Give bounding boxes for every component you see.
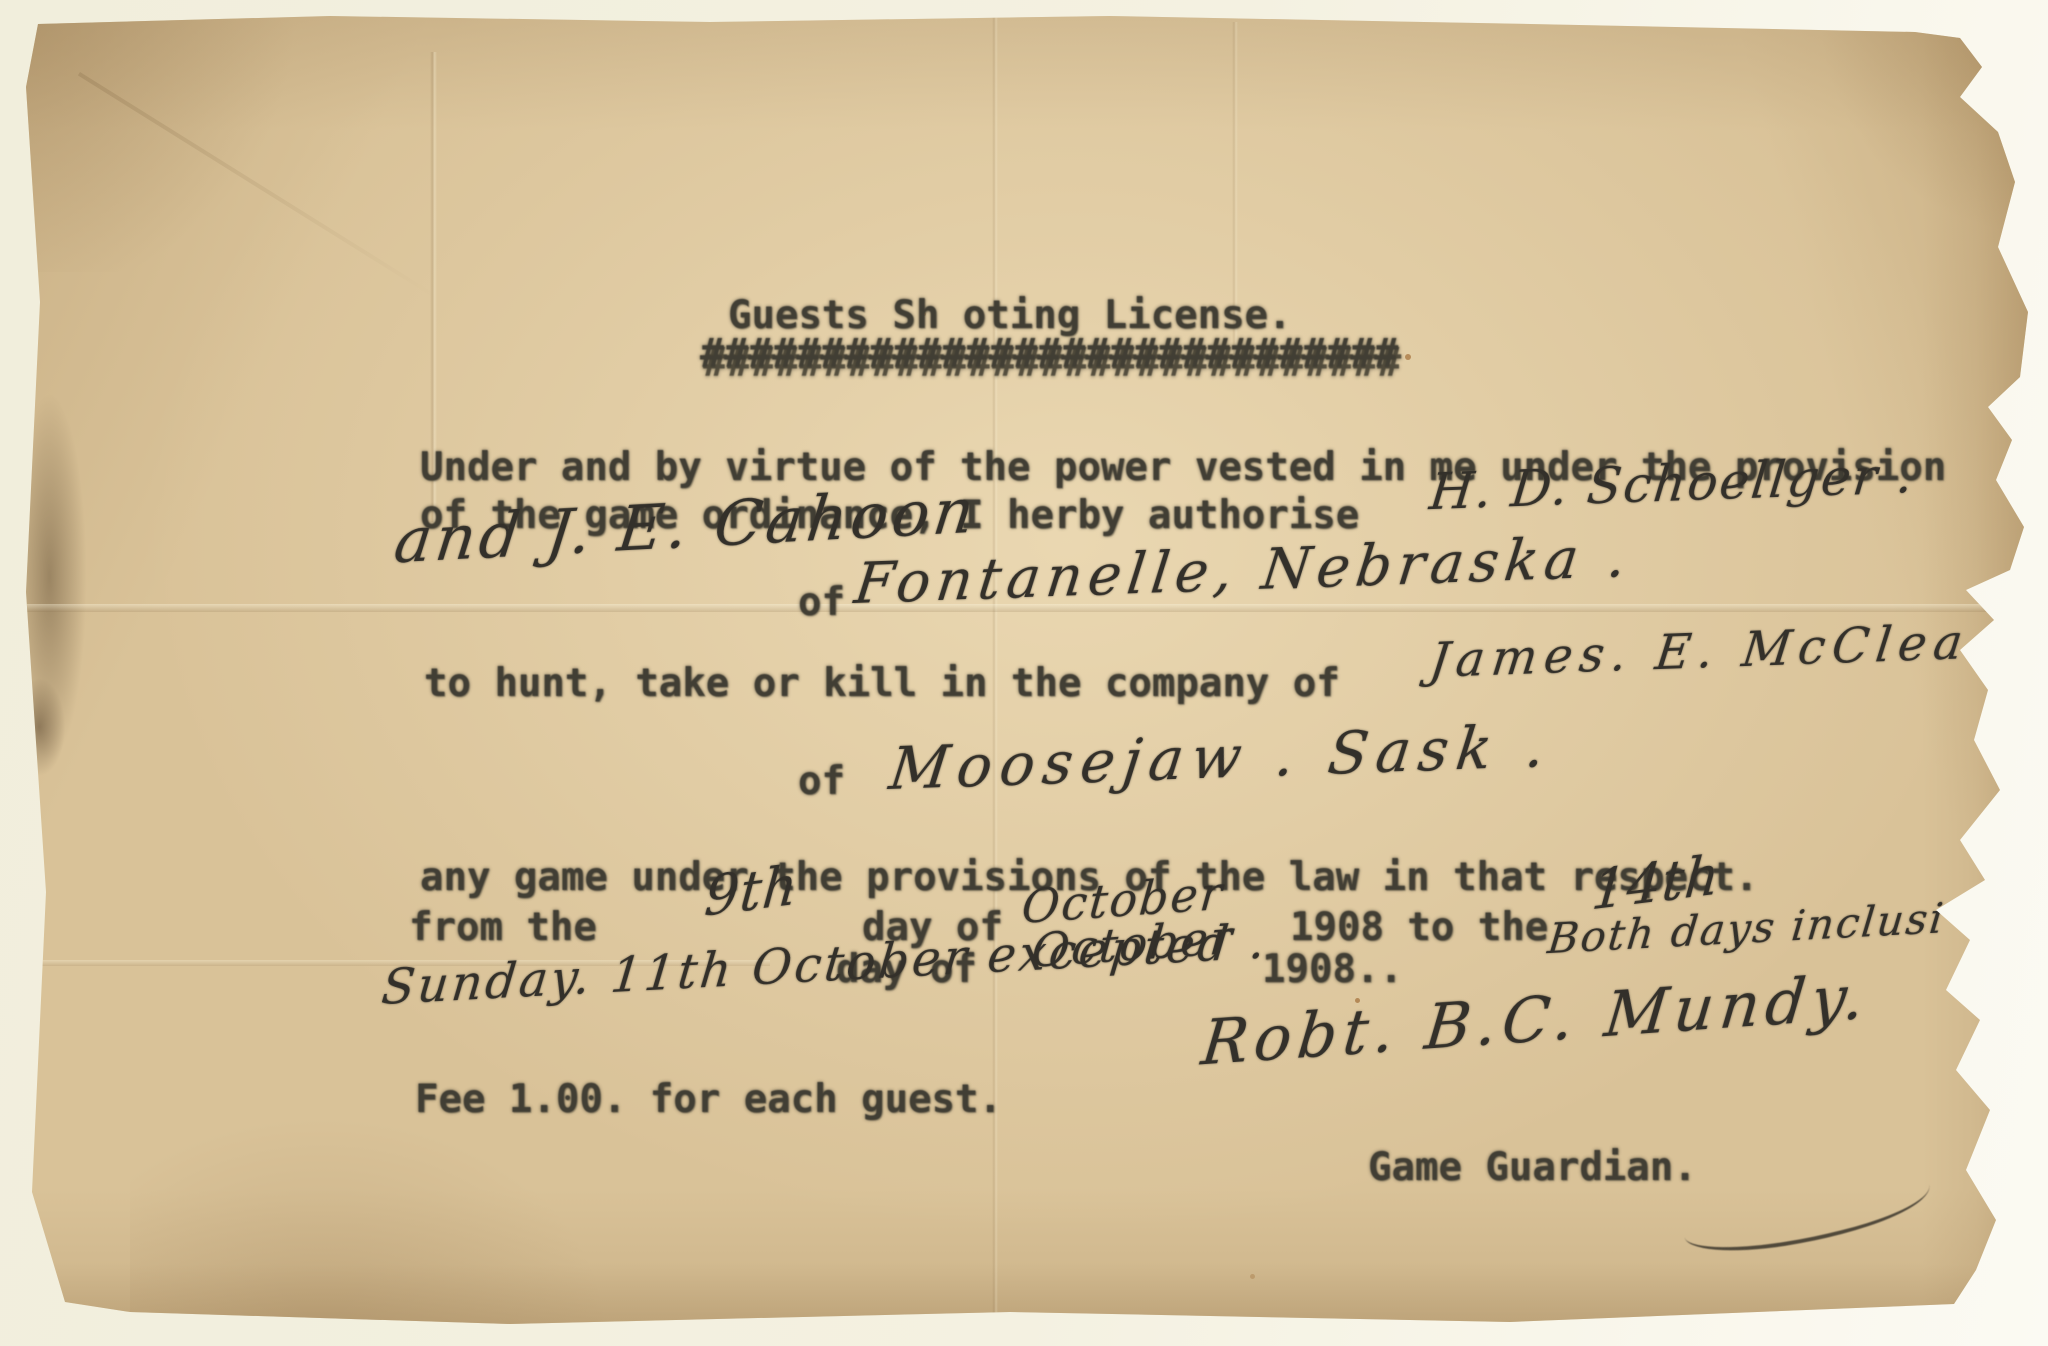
license-title: Guests Sh oting License. <box>728 296 1292 335</box>
handwritten-companion-name: James. E. McClea <box>1427 618 1972 685</box>
left-edge-stain <box>2 342 97 812</box>
handwritten-start-day: 9th <box>703 858 801 924</box>
of-label-residence-2: of <box>798 762 845 801</box>
paper-speck <box>1250 1274 1255 1279</box>
right-edge-shading <box>1922 12 2042 1334</box>
year-label-2: 1908.. <box>1262 950 1403 989</box>
handwritten-place-2: Moosejaw . Sask . <box>886 717 1556 798</box>
top-right-corner-shading <box>1822 12 2042 242</box>
from-the-label: from the <box>409 908 597 947</box>
game-guardian-label: Game Guardian. <box>1368 1148 1697 1187</box>
bottom-edge-shading <box>10 1264 2042 1334</box>
signature-flourish <box>1679 1161 1936 1261</box>
handwritten-authorised-name-1: H. D. Schoellger . <box>1427 450 1917 517</box>
diagonal-crease-top-left <box>78 72 436 298</box>
license-paper-sheet: Guests Sh oting License. ###############… <box>10 12 2042 1334</box>
scanned-document-page: Guests Sh oting License. ###############… <box>0 0 2048 1346</box>
top-left-corner-shading <box>10 12 310 272</box>
clause-line-3: to hunt, take or kill in the company of <box>424 664 1340 703</box>
fee-line: Fee 1.00. for each guest. <box>415 1080 1002 1119</box>
bottom-left-shading <box>130 1114 610 1334</box>
left-edge-stain-dark <box>4 662 74 792</box>
year-to-the-label: 1908 to the <box>1290 908 1548 947</box>
paper-speck <box>1405 354 1411 360</box>
of-label-residence-1: of <box>798 583 845 622</box>
title-underline-hashes: ############################# <box>700 334 1398 374</box>
